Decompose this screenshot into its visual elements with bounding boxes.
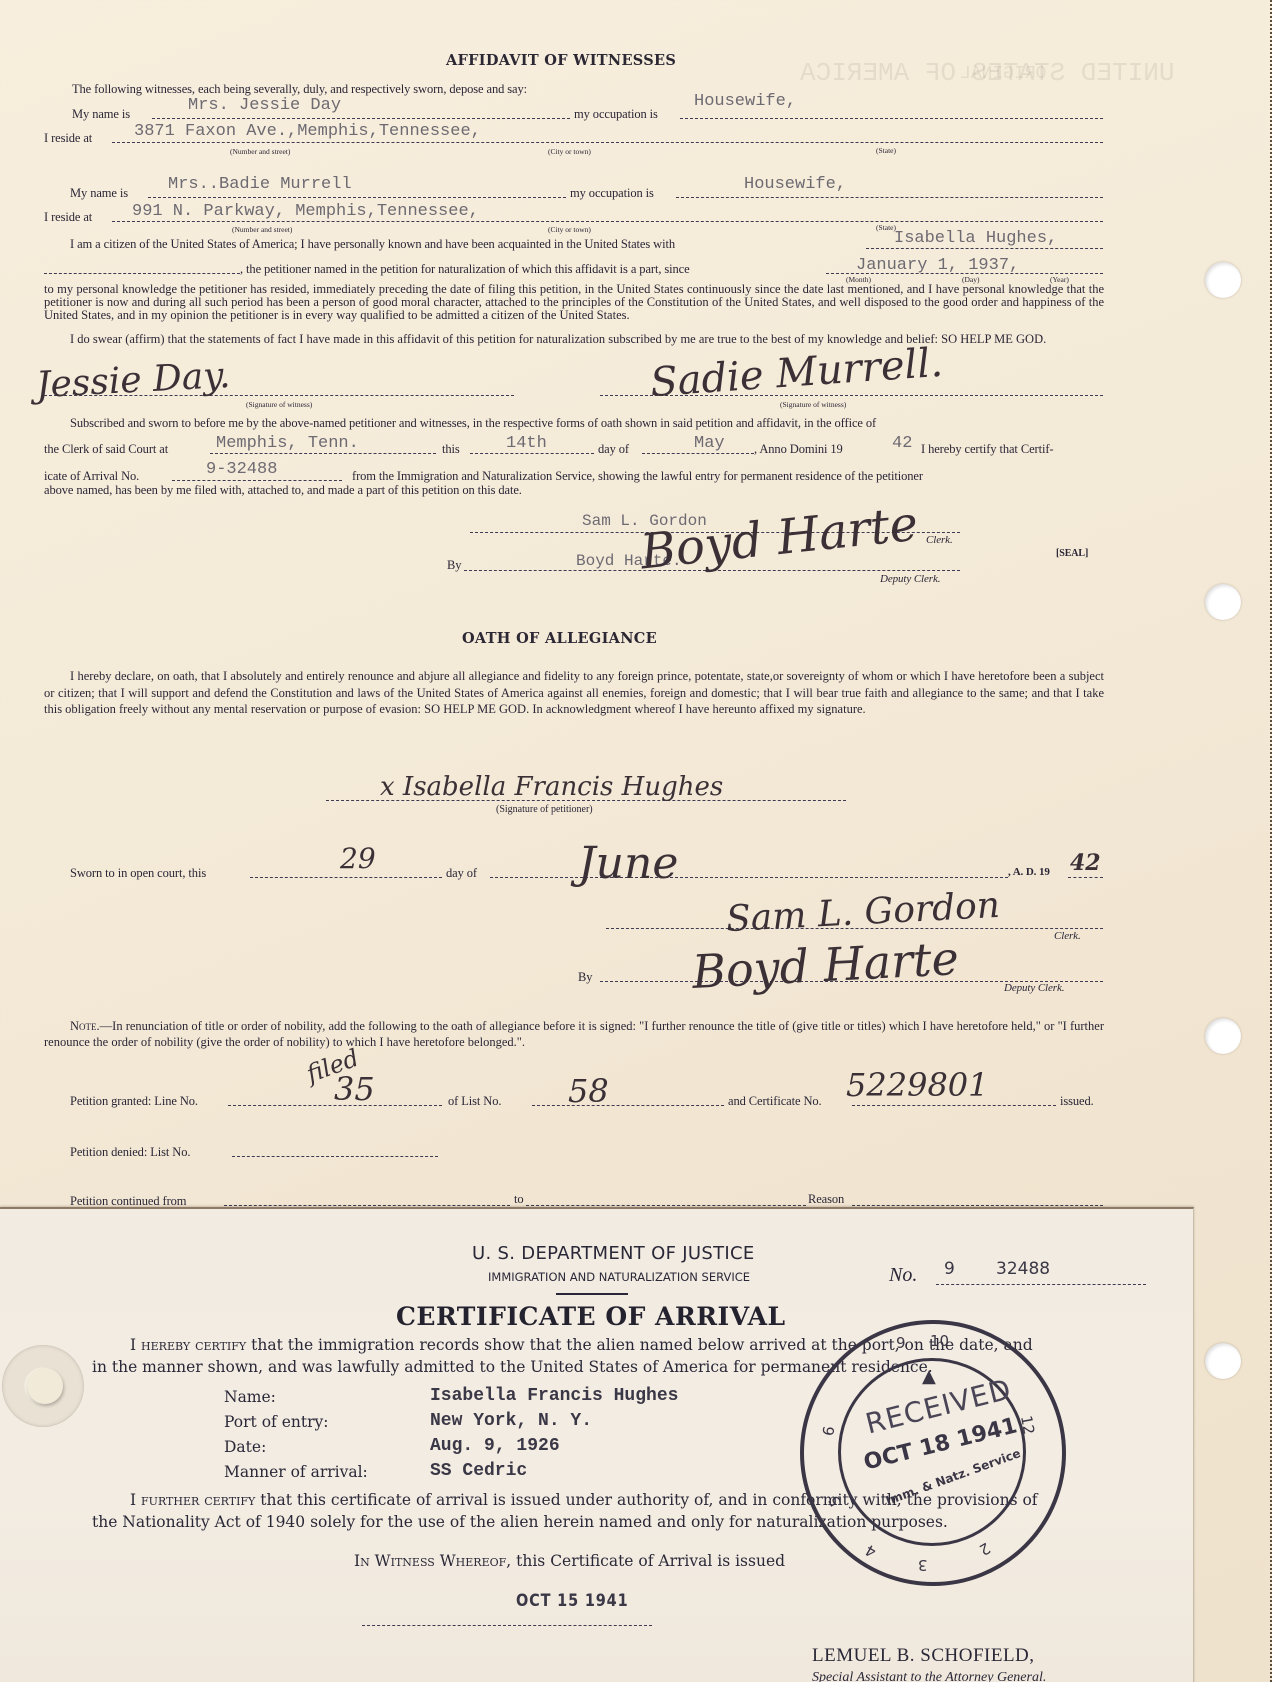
of-list-label: of List No. [448,1094,501,1109]
cert-no-line [936,1284,1146,1285]
field-value-port[interactable]: New York, N. Y. [430,1411,592,1431]
sworn-day-line [250,877,442,878]
signature-of-witness-caption: (Signature of witness) [780,400,846,409]
my-name-label: My name is [72,107,130,122]
issue-date-line [362,1625,652,1626]
court-location-line [210,453,436,454]
hereby-certify-line2: in the manner shown, and was lawfully ad… [92,1358,933,1376]
witness2-name[interactable]: Mrs..Badie Murrell [168,175,352,194]
deputy-clerk-label: Deputy Clerk. [880,573,940,585]
oath-deputy-signature: Boyd Harte [691,931,960,999]
witness2-residence-line [112,221,1103,222]
field-label-manner: Manner of arrival: [224,1463,368,1481]
stamp-ring-number: 6 [819,1425,838,1438]
clerk-label: Clerk. [926,534,953,546]
cert-no-prefix[interactable]: 9 [944,1259,955,1279]
stamp-ring-number: 9 [896,1334,906,1352]
reason-label: Reason [808,1192,844,1207]
ad-label: , A. D. 19 [1008,866,1050,878]
by-label: By [578,970,592,985]
stamp-ring-number: 5 [825,1492,845,1509]
citizen-statement: I am a citizen of the United States of A… [70,237,675,252]
staple-rivet [27,1368,63,1404]
affidavit-title: AFFIDAVIT OF WITNESSES [446,52,676,69]
witness1-occupation-line [680,118,1103,119]
punch-hole [1205,1018,1241,1054]
state-caption: (State) [876,223,896,232]
swear-paragraph: I do swear (affirm) that the statements … [44,333,1104,346]
number-street-caption: (Number and street) [232,225,292,234]
sworn-month: June [578,838,678,889]
petitioner-name-line [866,248,1103,249]
stamp-ring-number: 3 [918,1556,928,1574]
affidavit-intro: The following witnesses, each being seve… [72,82,527,97]
oath-clerk-signature: Sam L. Gordon [725,885,1001,940]
clerk-court-label: the Clerk of said Court at [44,442,168,457]
stamp-arrow-icon: ▲ [922,1366,936,1387]
my-name-label: My name is [70,186,128,201]
witness2-occupation-line [676,197,1103,198]
note-prefix: Note. [70,1019,100,1033]
reside-label: I reside at [44,210,92,225]
continued-to-line [526,1205,806,1206]
nobility-note: Note.—In renunciation of title or order … [44,1018,1104,1050]
day-of-label: day of [446,866,477,881]
cert-arrival-no[interactable]: 9-32488 [206,460,277,479]
stamp-ring-number: 2 [976,1539,993,1559]
witness1-occupation[interactable]: Housewife, [694,92,796,111]
received-stamp: ▲ RECEIVED OCT 18 1941 Imm. & Natz. Serv… [800,1320,1066,1586]
field-label-date: Date: [224,1438,266,1456]
cert-no-value[interactable]: 32488 [996,1259,1050,1279]
occupation-label: my occupation is [570,186,654,201]
witness-text: this Certificate of Arrival is issued [516,1552,785,1570]
issued-label: issued. [1060,1094,1094,1109]
oath-clerk-label: Clerk. [1054,930,1081,942]
line-no: 35 [334,1070,375,1108]
denied-list-line [232,1156,438,1157]
petitioner-clause: , the petitioner named in the petition f… [240,262,690,277]
continued-from-line [224,1205,510,1206]
petitioner-name-line-cont [44,273,240,274]
bleed-through-text: ORIGINAL [960,64,1046,84]
day-of-label: day of [598,442,629,457]
hereby-lead: I hereby certify [130,1336,246,1354]
field-label-port: Port of entry: [224,1413,328,1431]
note-text: —In renunciation of title or order of no… [44,1019,1104,1049]
service-name: IMMIGRATION AND NATURALIZATION SERVICE [488,1270,750,1284]
denied-label: Petition denied: List No. [70,1145,190,1160]
subscribed-text: Subscribed and sworn to before me by the… [70,416,876,431]
field-value-date[interactable]: Aug. 9, 1926 [430,1436,560,1456]
witness2-signature: Sadie Murrell. [649,340,944,406]
knowledge-paragraph: to my personal knowledge the petitioner … [44,283,1104,322]
by-label: By [447,558,461,573]
deputy-signature: Boyd Harte [638,496,921,581]
title-rule [556,1293,628,1295]
filed-text: above named, has been by me filed with, … [44,483,522,498]
certificate-title: CERTIFICATE OF ARRIVAL [396,1302,786,1331]
stamp-ring-number: 4 [862,1541,879,1561]
number-street-caption: (Number and street) [230,147,290,156]
petitioner-name[interactable]: Isabella Hughes, [894,229,1057,248]
sworn-year-line [1068,877,1103,878]
punch-hole [1205,584,1241,620]
stamp-ring-number: 10 [930,1332,949,1350]
punch-hole [1205,1343,1241,1379]
signer-name: LEMUEL B. SCHOFIELD, [812,1645,1035,1667]
certificate-no: 5229801 [846,1066,989,1104]
certificate-no-line [852,1105,1056,1106]
witness2-name-line [148,197,566,198]
this-label: this [442,442,460,457]
oath-text: I hereby declare, on oath, that I absolu… [44,668,1104,718]
list-no-line [532,1105,724,1106]
city-caption: (City or town) [548,225,591,234]
cert-no-label: No. [889,1264,917,1287]
subscribed-month[interactable]: May [694,434,725,453]
state-caption: (State) [876,146,896,155]
issue-date-stamp: OCT 15 1941 [516,1591,628,1611]
certificate-no-label: and Certificate No. [728,1094,822,1109]
cert-arrival-text: from the Immigration and Naturalization … [352,469,923,484]
witness1-name-line [152,118,570,119]
department-name: U. S. DEPARTMENT OF JUSTICE [472,1243,755,1264]
granted-label: Petition granted: Line No. [70,1094,198,1109]
sworn-year: 42 [1070,850,1101,876]
witness2-occupation[interactable]: Housewife, [744,175,846,194]
reason-line [852,1205,1103,1206]
cert-arrival-label: icate of Arrival No. [44,469,139,484]
field-value-name[interactable]: Isabella Francis Hughes [430,1386,678,1406]
witness1-residence-line [112,142,1103,143]
certify-text: I hereby certify that Certif- [921,442,1053,457]
signature-of-petitioner-caption: (Signature of petitioner) [496,804,593,815]
sworn-month-line [490,877,1008,878]
city-caption: (City or town) [548,147,591,156]
occupation-label: my occupation is [574,107,658,122]
witness-lead: In Witness Whereof, [354,1552,511,1570]
punch-hole [1205,262,1241,298]
to-label: to [514,1192,524,1207]
day-line [470,453,594,454]
month-line [642,453,754,454]
court-location[interactable]: Memphis, Tenn. [216,434,359,453]
subscribed-day[interactable]: 14th [506,434,547,453]
witness1-residence[interactable]: 3871 Faxon Ave.,Memphis,Tennessee, [134,122,481,141]
cert-arrival-line [172,480,342,481]
list-no: 58 [568,1072,609,1110]
further-lead: I further certify [130,1491,255,1509]
signer-title: Special Assistant to the Attorney Genera… [812,1670,1046,1682]
since-date[interactable]: January 1, 1937, [856,256,1019,275]
signature-of-witness-caption: (Signature of witness) [246,400,312,409]
oath-deputy-label: Deputy Clerk. [1004,982,1064,994]
field-value-manner[interactable]: SS Cedric [430,1461,527,1481]
witness1-signature: Jessie Day. [35,355,231,406]
sworn-day: 29 [340,842,376,875]
anno-domini-label: , Anno Domini 19 [754,442,843,457]
subscribed-year[interactable]: 42 [892,434,912,453]
reside-label: I reside at [44,131,92,146]
witness-whereof: In Witness Whereof, this Certificate of … [354,1552,785,1570]
sworn-label: Sworn to in open court, this [70,866,206,881]
witness1-name[interactable]: Mrs. Jessie Day [188,96,341,115]
petitioner-signature: x Isabella Francis Hughes [380,772,723,802]
seal-label: [SEAL] [1056,548,1088,559]
field-label-name: Name: [224,1388,276,1406]
oath-title: OATH OF ALLEGIANCE [462,630,657,647]
witness2-residence[interactable]: 991 N. Parkway, Memphis,Tennessee, [132,202,479,221]
stamp-ring-number: 12 [1017,1414,1038,1436]
